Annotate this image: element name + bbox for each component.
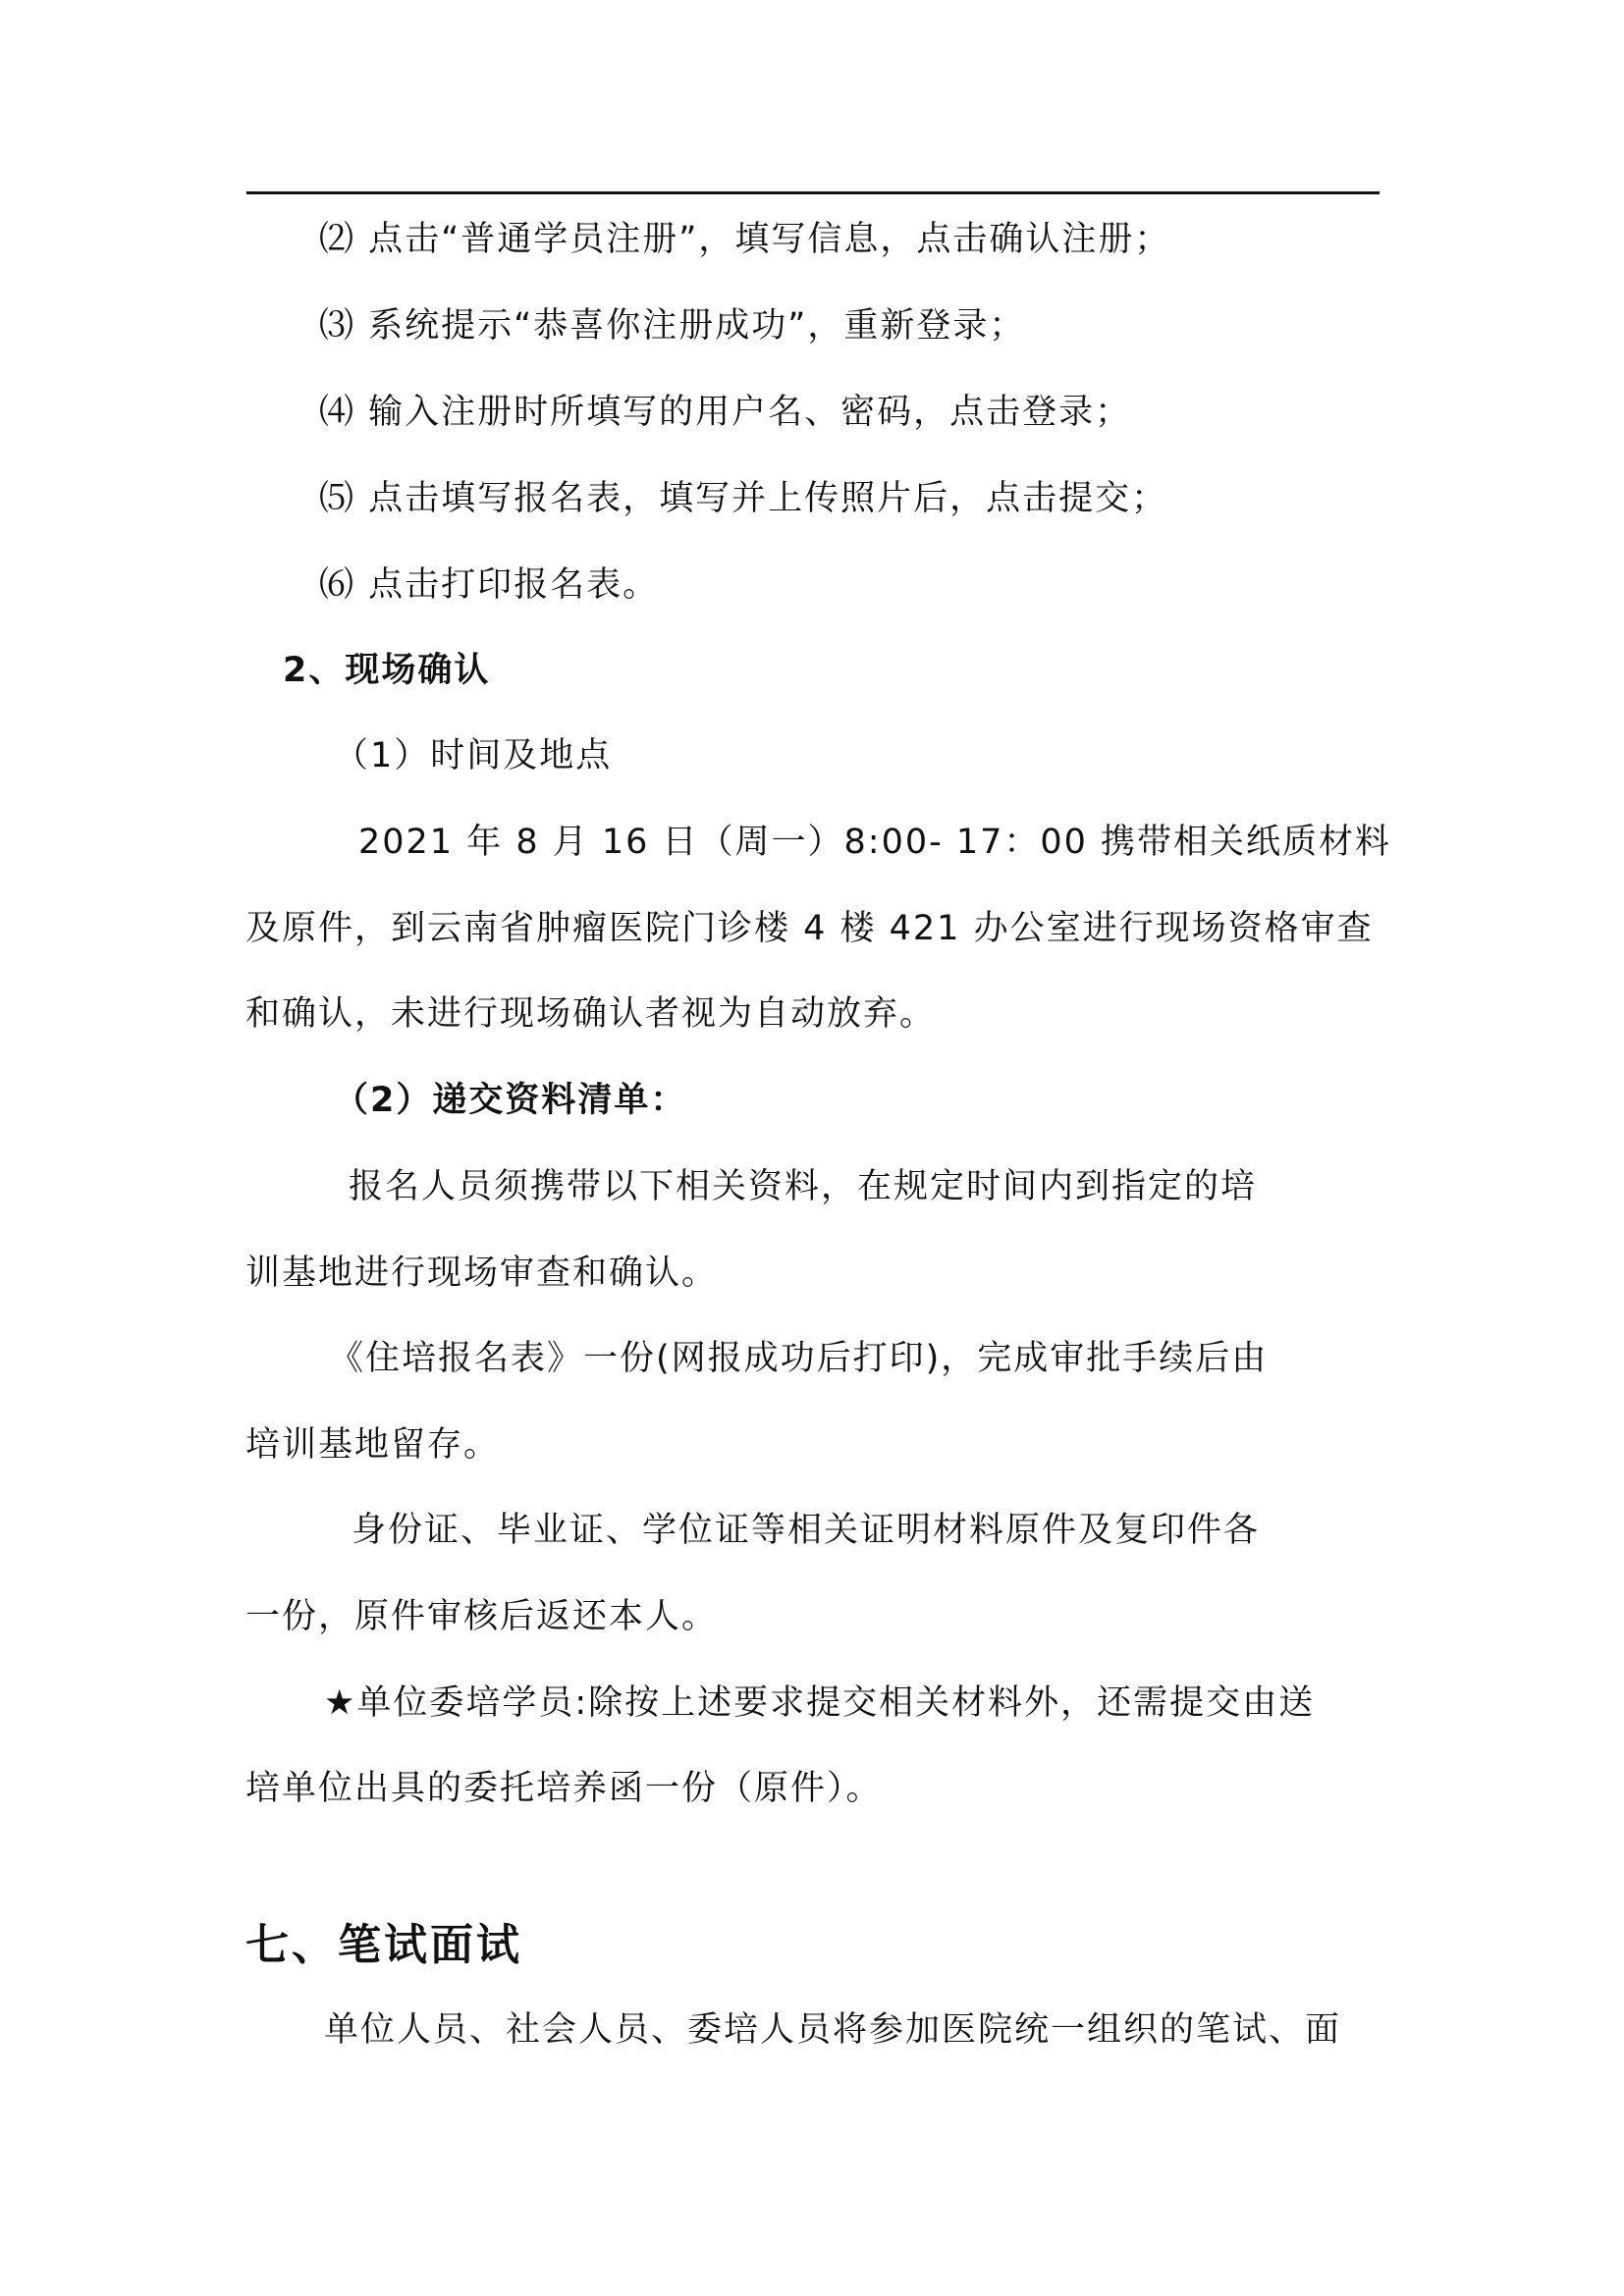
subsection-1-heading: （1）时间及地点 — [334, 734, 612, 777]
entrusted-note-line-2: 培单位出具的委托培养函一份（原件）。 — [245, 1767, 883, 1810]
materials-para-3-line-2: 一份，原件审核后返还本人。 — [245, 1595, 718, 1638]
star-icon: ★ — [324, 1682, 356, 1725]
entrusted-note-line-1: ★单位委培学员:除按上述要求提交相关材料外，还需提交由送 — [324, 1682, 1315, 1725]
step-5: ⑸ 点击填写报名表，填写并上传照片后，点击提交； — [319, 477, 1167, 520]
step-6: ⑹ 点击打印报名表。 — [319, 563, 659, 607]
materials-para-2-line-2: 培训基地留存。 — [245, 1423, 500, 1467]
time-location-line-2: 及原件，到云南省肿瘤医院门诊楼 4 楼 421 办公室进行现场资格审查 — [245, 907, 1374, 950]
step-2: ⑵ 点击“普通学员注册”，填写信息，点击确认注册； — [319, 218, 1170, 261]
time-location-line-3: 和确认，未进行现场确认者视为自动放弃。 — [245, 992, 936, 1036]
step-4: ⑷ 输入注册时所填写的用户名、密码，点击登录； — [319, 391, 1131, 434]
section-7-heading: 七、笔试面试 — [245, 1924, 522, 1967]
subsection-2-heading: （2）递交资料清单： — [334, 1079, 686, 1122]
materials-para-1-line-2: 训基地进行现场审查和确认。 — [245, 1252, 718, 1295]
header-rule — [246, 191, 1380, 194]
step-3: ⑶ 系统提示“恭喜你注册成功”，重新登录； — [319, 304, 1025, 347]
materials-para-1-line-1: 报名人员须携带以下相关资料，在规定时间内到指定的培 — [349, 1165, 1257, 1208]
materials-para-2-line-1: 《住培报名表》一份(网报成功后打印)，完成审批手续后由 — [329, 1337, 1268, 1380]
document-page: ⑵ 点击“普通学员注册”，填写信息，点击确认注册； ⑶ 系统提示“恭喜你注册成功… — [0, 0, 1624, 2296]
entrusted-note-text: 单位委培学员:除按上述要求提交相关材料外，还需提交由送 — [356, 1683, 1315, 1723]
section-7-paragraph: 单位人员、社会人员、委培人员将参加医院统一组织的笔试、面 — [324, 2008, 1341, 2052]
materials-para-3-line-1: 身份证、毕业证、学位证等相关证明材料原件及复印件各 — [352, 1509, 1260, 1552]
section-2-heading: 2、现场确认 — [283, 649, 490, 692]
time-location-line-1: 2021 年 8 月 16 日（周一）8:00- 17：00 携带相关纸质材料 — [358, 821, 1391, 864]
